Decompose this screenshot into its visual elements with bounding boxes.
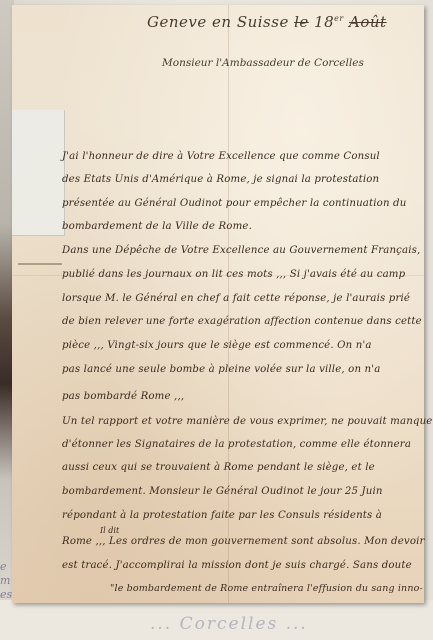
day-superscript: er (334, 14, 344, 23)
place-text: Geneve en Suisse (147, 13, 289, 31)
body-line: est tracé. J'accomplirai la mission dont… (62, 560, 412, 571)
struck-text: le (294, 13, 309, 31)
body-line: lorsque M. le Général en chef a fait cet… (62, 293, 410, 304)
body-line: "le bombardement de Rome entraînera l'ef… (110, 583, 423, 594)
place-date-header: Geneve en Suisse le 18er Août (147, 13, 387, 31)
body-line: J'ai l'honneur de dire à Votre Excellenc… (62, 151, 380, 162)
salutation: Monsieur l'Ambassadeur de Corcelles (162, 57, 364, 69)
month-struck-text: Août (349, 13, 387, 31)
body-line: aussi ceux qui se trouvaient à Rome pend… (62, 462, 375, 473)
body-line: répondant à la protestation faite par le… (62, 510, 382, 521)
body-line: présentée au Général Oudinot pour empêch… (62, 198, 406, 209)
body-line: bombardement. Monsieur le Général Oudino… (62, 486, 383, 497)
body-line: pas lancé une seule bombe à pleine volée… (62, 364, 380, 375)
underlying-sheet-ghost-text: ... Corcelles ... (150, 614, 308, 634)
body-line: Un tel rapport et votre manière de vous … (62, 416, 433, 427)
body-line: d'étonner les Signataires de la protesta… (62, 439, 411, 450)
body-line: publié dans les journaux on lit ces mots… (62, 269, 405, 280)
day-text: 18 (314, 13, 334, 31)
letter-sheet: Geneve en Suisse le 18er Août Monsieur l… (12, 5, 424, 603)
paper-tear (18, 263, 62, 265)
body-line: des Etats Unis d'Amérique à Rome, je sig… (62, 174, 379, 185)
body-line: de bien relever une forte exagération af… (62, 316, 422, 327)
body-line: pas bombardé Rome ,,, (62, 391, 184, 402)
body-line: Dans une Dépêche de Votre Excellence au … (62, 245, 420, 256)
body-line: pièce ,,, Vingt-six jours que le siège e… (62, 340, 372, 351)
tape-repair (12, 110, 65, 236)
underlying-sheet: ... Corcelles ... (0, 600, 433, 640)
interlinear-insertion: Il dit (100, 526, 119, 535)
photograph-scene: emesOciai ... Corcelles ... Geneve en Su… (0, 0, 433, 640)
body-line: Rome ,,, Les ordres de mon gouvernement … (62, 536, 425, 547)
body-line: bombardement de la Ville de Rome. (62, 221, 252, 232)
